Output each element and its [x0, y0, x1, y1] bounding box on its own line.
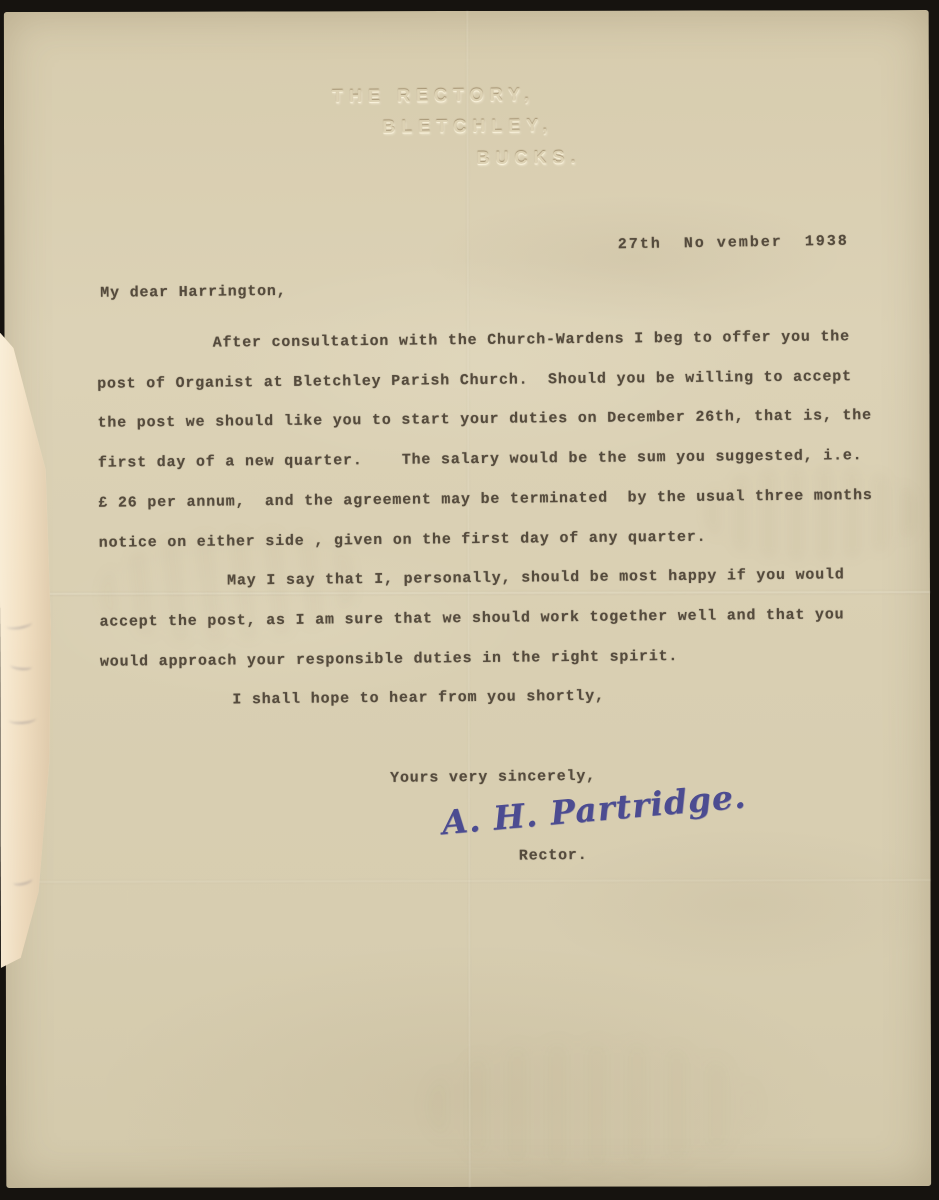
letter-line: I shall hope to hear from you shortly, [100, 674, 875, 721]
signature-title: Rector. [519, 847, 588, 865]
letter-line: accept the post, as I am sure that we sh… [99, 595, 874, 642]
faint-pencil-mark [8, 713, 37, 725]
handwritten-signature: A. H. Partridge. [440, 776, 747, 842]
valediction: Yours very sincerely, [390, 768, 596, 787]
letter-body: 27th No vember 1938 My dear Harrington, … [93, 4, 905, 1188]
faint-pencil-mark [6, 618, 33, 631]
folded-page-corner [0, 332, 57, 972]
faint-pencil-mark [12, 875, 33, 887]
letter-paragraphs: After consultation with the Church-Warde… [97, 317, 875, 722]
letter-line: £ 26 per annum, and the agreement may be… [98, 476, 873, 523]
salutation: My dear Harrington, [100, 283, 286, 302]
letter-date: 27th No vember 1938 [618, 233, 849, 254]
faint-pencil-mark [10, 661, 33, 671]
letter-sheet: THE RECTORY, BLETCHLEY, BUCKS. 27th No v… [4, 10, 931, 1188]
